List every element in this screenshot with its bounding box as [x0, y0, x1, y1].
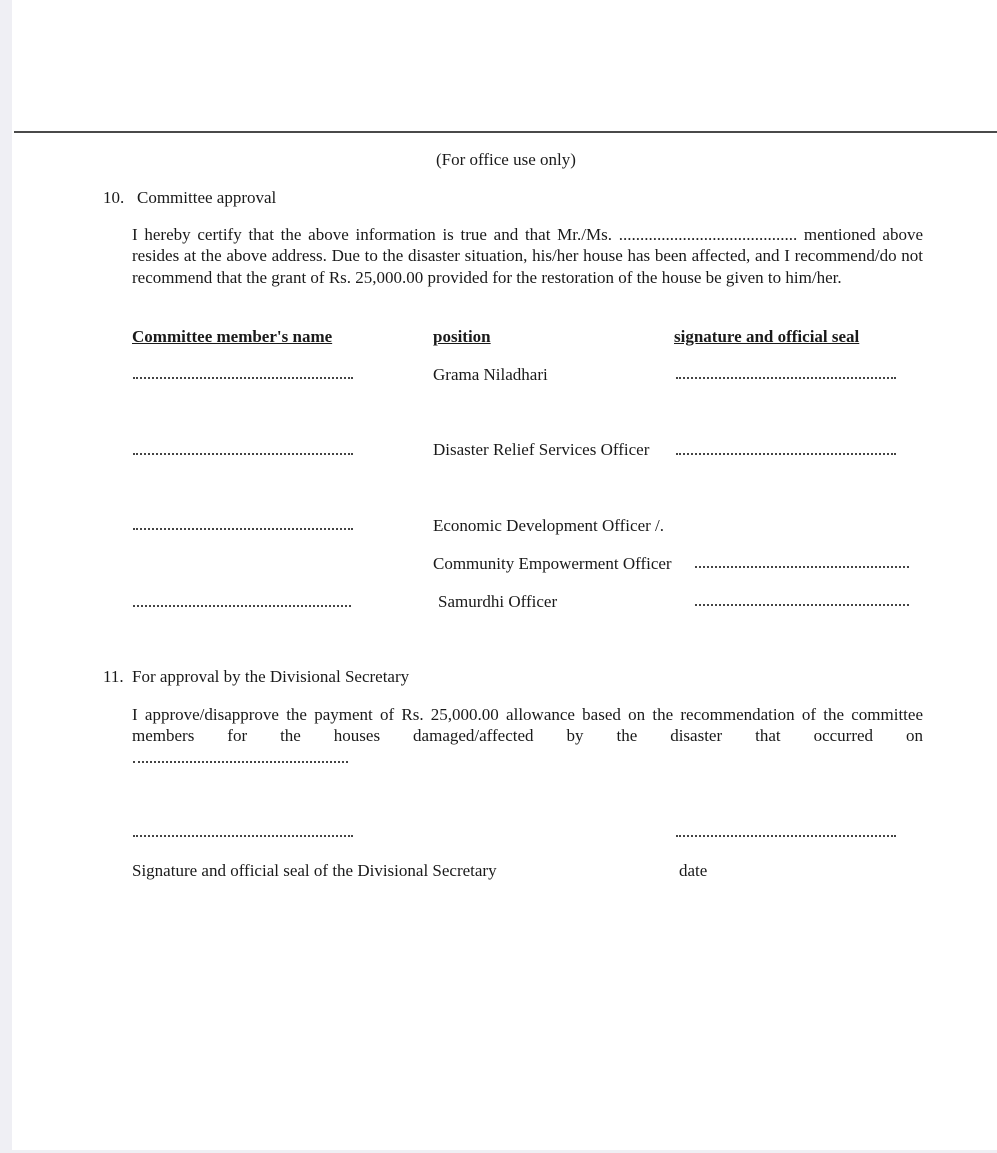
- member-name-field[interactable]: [133, 528, 353, 530]
- column-header-position: position: [433, 326, 491, 347]
- disaster-date-field[interactable]: [133, 761, 348, 763]
- signature-label: Signature and official seal of the Divis…: [132, 860, 497, 881]
- divisional-secretary-signature-field[interactable]: [133, 835, 353, 837]
- member-position: Samurdhi Officer: [438, 591, 557, 612]
- horizontal-rule: [14, 131, 997, 133]
- member-position: Economic Development Officer /.: [433, 515, 664, 536]
- column-header-member-name: Committee member's name: [132, 326, 332, 347]
- approval-paragraph: I approve/disapprove the payment of Rs. …: [132, 704, 923, 747]
- member-position: Disaster Relief Services Officer: [433, 439, 649, 460]
- office-use-note: (For office use only): [436, 149, 576, 170]
- member-signature-field[interactable]: [695, 604, 909, 606]
- member-position: Community Empowerment Officer: [433, 553, 672, 574]
- column-header-signature: signature and official seal: [674, 326, 859, 347]
- section-10-title: Committee approval: [137, 187, 276, 208]
- member-signature-field[interactable]: [676, 453, 896, 455]
- section-11-title: For approval by the Divisional Secretary: [132, 666, 409, 687]
- date-label: date: [679, 860, 707, 881]
- member-name-field[interactable]: [133, 377, 353, 379]
- member-signature-field[interactable]: [695, 566, 909, 568]
- certification-paragraph: I hereby certify that the above informat…: [132, 224, 923, 288]
- viewer-left-margin: [0, 0, 12, 1153]
- section-10-number: 10.: [103, 187, 124, 208]
- member-name-field[interactable]: [133, 605, 351, 607]
- approval-date-field[interactable]: [676, 835, 896, 837]
- member-signature-field[interactable]: [676, 377, 896, 379]
- member-position: Grama Niladhari: [433, 364, 548, 385]
- member-name-field[interactable]: [133, 453, 353, 455]
- section-11-number: 11.: [103, 666, 124, 687]
